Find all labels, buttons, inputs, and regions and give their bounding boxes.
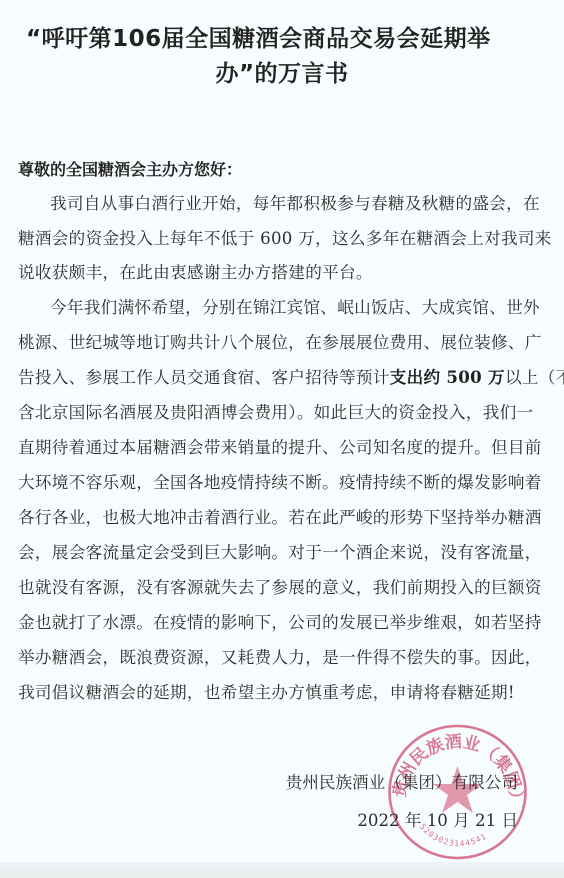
salutation: 尊敬的全国糖酒会主办方您好：	[18, 157, 242, 180]
paragraph-2-line-1: 今年我们满怀希望，分别在锦江宾馆、岷山饭店、大成宾馆、世外	[50, 294, 518, 318]
paragraph-2-line-8: 会，展会客流量定会受到巨大影响。对于一个酒企来说，没有客流量，	[18, 539, 518, 563]
paragraph-2-line-2: 桃源、世纪城等地订购共计八个展位，在参展展位费用、展位装修、广	[18, 329, 518, 353]
signature-company: 贵州民族酒业（集团）有限公司	[286, 769, 518, 793]
line-text-before: 告投入、参展工作人员交通食宿、客户招待等预计	[18, 368, 390, 387]
title-line-1: “呼吁第106届全国糖酒会商品交易会延期举	[26, 20, 491, 53]
title-line-2: 办”的万言书	[0, 55, 564, 88]
paragraph-2-line-4: 含北京国际名酒展及贵阳酒博会费用）。如此巨大的资金投入，我们一	[18, 399, 518, 423]
paragraph-2-line-10: 金也就打了水漂。在疫情的影响下，公司的发展已举步维艰，如若坚持	[18, 609, 518, 633]
paragraph-2-line-9: 也就没有客源，没有客源就失去了参展的意义，我们前期投入的巨额资	[18, 574, 518, 598]
paragraph-2-line-3: 告投入、参展工作人员交通食宿、客户招待等预计支出约 500 万以上（不	[18, 364, 518, 388]
document-page: “呼吁第106届全国糖酒会商品交易会延期举 办”的万言书 尊敬的全国糖酒会主办方…	[0, 0, 564, 862]
paragraph-1-line-3: 说收获颇丰，在此由衷感谢主办方搭建的平台。	[18, 259, 518, 283]
paragraph-2-line-11: 举办糖酒会，既浪费资源，又耗费人力，是一件得不偿失的事。因此，	[18, 644, 518, 668]
bottom-edge	[0, 862, 564, 878]
signature-date: 2022 年 10 月 21 日	[357, 807, 518, 831]
paragraph-2-line-12: 我司倡议糖酒会的延期，也希望主办方慎重考虑，申请将春糖延期!	[18, 679, 518, 703]
bold-amount: 支出约 500 万	[390, 367, 505, 387]
paragraph-1-line-2: 糖酒会的资金投入上每年不低于 600 万，这么多年在糖酒会上对我司来	[18, 225, 518, 249]
paragraph-2-line-7: 各行各业，也极大地冲击着酒行业。若在此严峻的形势下坚持举办糖酒	[18, 504, 518, 528]
paragraph-2-line-5: 直期待着通过本届糖酒会带来销量的提升、公司知名度的提升。但目前	[18, 434, 518, 458]
paragraph-1-line-1: 我司自从事白酒行业开始，每年都积极参与春糖及秋糖的盛会，在	[50, 190, 518, 214]
paragraph-2-line-6: 大环境不容乐观，全国各地疫情持续不断。疫情持续不断的爆发影响着	[18, 469, 518, 493]
line-text-after: 以上（不	[505, 368, 564, 387]
